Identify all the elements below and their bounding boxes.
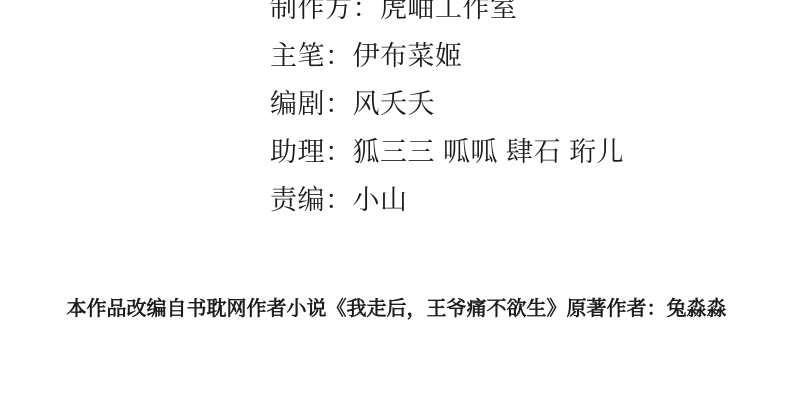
credit-line-production-studio: 制作方：虎岫工作室 <box>270 0 624 32</box>
comic-credits-page: 制作方：虎岫工作室 主笔：伊布菜姬 编剧：风夭夭 助理：狐三三 呱呱 肆石 珩儿… <box>0 0 793 403</box>
credit-line-screenwriter: 编剧：风夭夭 <box>270 80 624 128</box>
adaptation-attribution: 本作品改编自书耽网作者小说《我走后，王爷痛不欲生》原著作者：兔淼淼 <box>0 296 793 322</box>
credit-line-editor: 责编：小山 <box>270 176 624 224</box>
credit-line-assistants: 助理：狐三三 呱呱 肆石 珩儿 <box>270 128 624 176</box>
credit-line-lead-artist: 主笔：伊布菜姬 <box>270 32 624 80</box>
credits-block: 制作方：虎岫工作室 主笔：伊布菜姬 编剧：风夭夭 助理：狐三三 呱呱 肆石 珩儿… <box>270 0 624 224</box>
